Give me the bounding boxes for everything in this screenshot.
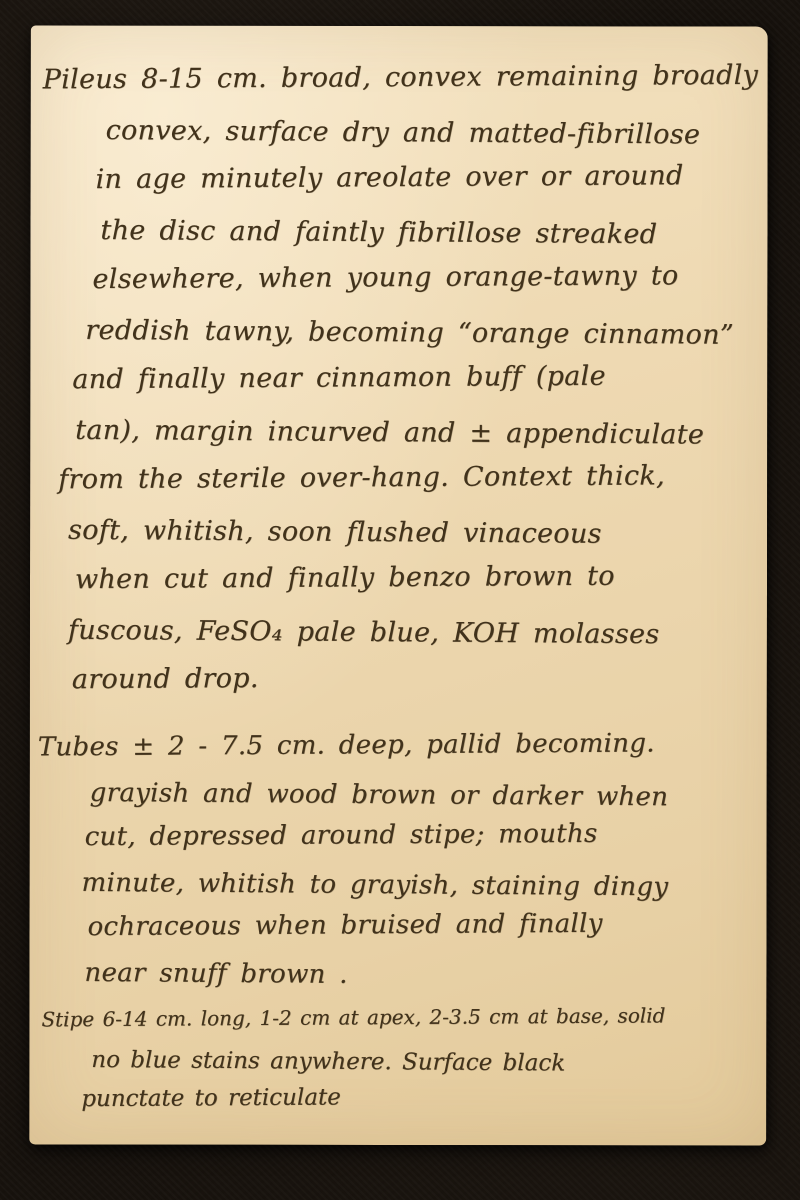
- handwritten-line: elsewhere, when young orange-tawny to: [30, 251, 767, 306]
- stipe-paragraph: Stipe 6-14 cm. long, 1-2 cm at apex, 2-3…: [29, 999, 766, 1120]
- handwritten-line: from the sterile over-hang. Context thic…: [30, 451, 767, 506]
- handwritten-line: Stipe 6-14 cm. long, 1-2 cm at apex, 2-3…: [29, 995, 766, 1040]
- handwritten-line: when cut and finally benzo brown to: [30, 551, 767, 606]
- tubes-paragraph: Tubes ± 2 - 7.5 cm. deep, pallid becomin…: [29, 725, 766, 996]
- pileus-paragraph: Pileus 8-15 cm. broad, convex remaining …: [30, 55, 768, 706]
- photo-background: Pileus 8-15 cm. broad, convex remaining …: [0, 0, 800, 1200]
- handwritten-line: cut, depressed around stipe; mouths: [30, 811, 767, 861]
- handwritten-line: around drop.: [30, 651, 767, 706]
- index-card: Pileus 8-15 cm. broad, convex remaining …: [29, 25, 768, 1145]
- handwritten-line: punctate to reticulate: [29, 1075, 766, 1120]
- handwritten-line: Tubes ± 2 - 7.5 cm. deep, pallid becomin…: [30, 721, 767, 771]
- handwritten-line: Pileus 8-15 cm. broad, convex remaining …: [31, 51, 768, 106]
- handwritten-line: and finally near cinnamon buff (pale: [30, 351, 767, 406]
- handwritten-line: near snuff brown .: [29, 950, 766, 1001]
- handwritten-line: in age minutely areolate over or around: [30, 151, 767, 206]
- handwritten-line: ochraceous when bruised and finally: [29, 901, 766, 951]
